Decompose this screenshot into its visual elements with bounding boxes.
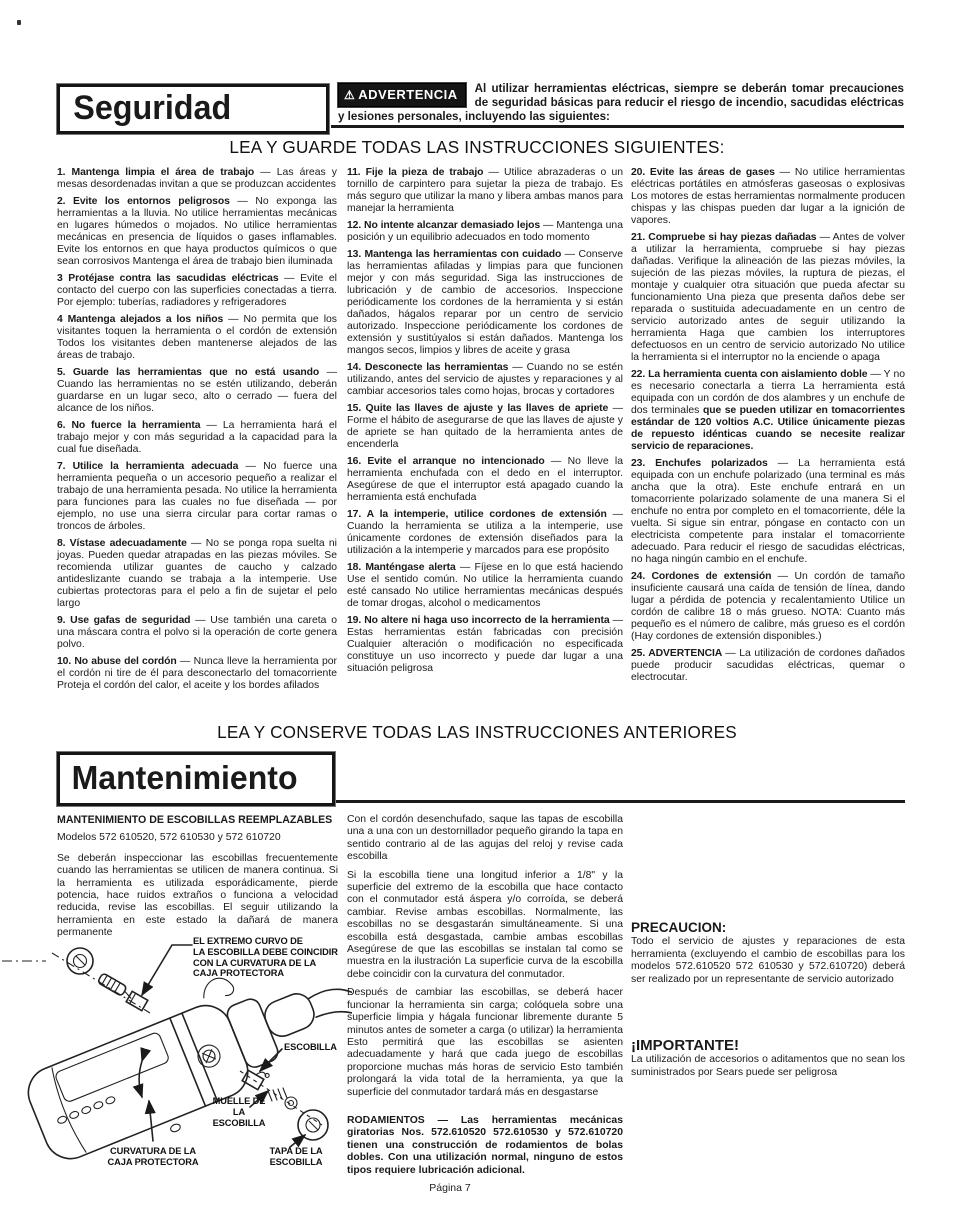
label-arrow-curved-end (142, 945, 192, 995)
instruction-item: 12. No intente alcanzar demasiado lejos … (347, 220, 623, 244)
warning-badge-label: ADVERTENCIA (358, 87, 457, 102)
instruction-item: 3 Protéjase contra las sacudidas eléctri… (57, 273, 337, 309)
mantenimiento-section-title-box: Mantenimiento (57, 752, 335, 806)
diagram-label-housing-curve: CURVATURA DE LA CAJA PROTECTORA (86, 1146, 220, 1168)
brushes-intro-paragraph: Se deberán inspeccionar las escobillas f… (57, 853, 338, 940)
label-arrow-housing-curve (149, 1101, 153, 1141)
instruction-item: 25. ADVERTENCIA — La utilización de cord… (631, 648, 905, 684)
instruction-item: 16. Evite el arranque no intencionado — … (347, 456, 623, 504)
advertencia-warning-badge: ⚠ADVERTENCIA (338, 83, 466, 107)
seguridad-section-title-box: Seguridad (57, 84, 329, 134)
instruction-item: 22. La herramienta cuenta con aislamient… (631, 369, 905, 453)
safety-instructions-column-1: 1. Mantenga limpia el área de trabajo — … (57, 167, 337, 697)
instruction-item: 19. No altere ni haga uso incorrecto de … (347, 615, 623, 675)
header-rule (331, 125, 904, 128)
instruction-item: 23. Enchufes polarizados — La herramient… (631, 458, 905, 566)
brush-parts-left (2, 945, 192, 1013)
double-arrow-housing (139, 1061, 142, 1097)
instruction-item: Después de cambiar las escobillas, se de… (347, 987, 623, 1099)
instruction-item: 1. Mantenga limpia el área de trabajo — … (57, 167, 337, 191)
instruction-item: 24. Cordones de extensión — Un cordón de… (631, 571, 905, 643)
precaucion-heading: PRECAUCION: (631, 922, 905, 934)
instruction-item: 15. Quite las llaves de ajuste y las lla… (347, 403, 623, 451)
diagram-label-cap: TAPA DE LA ESCOBILLA (240, 1146, 352, 1168)
instruction-item: 6. No fuerce la herramienta — La herrami… (57, 420, 337, 456)
instruction-item: 9. Use gafas de seguridad — Use también … (57, 615, 337, 651)
warning-triangle-icon: ⚠ (344, 88, 355, 102)
label-arrow-brush (260, 1049, 282, 1071)
instruction-item: 17. A la intemperie, utilice cordones de… (347, 509, 623, 557)
read-and-save-heading: LEA Y GUARDE TODAS LAS INSTRUCCIONES SIG… (10, 137, 945, 158)
bearings-paragraph: RODAMIENTOS — Las herramientas mecánicas… (347, 1115, 623, 1177)
maintenance-column-1: MANTENIMIENTO DE ESCOBILLAS REEMPLAZABLE… (57, 814, 338, 946)
read-and-keep-heading: LEA Y CONSERVE TODAS LAS INSTRUCCIONES A… (10, 722, 945, 743)
page-number: Página 7 (0, 1182, 900, 1194)
warning-intro: ⚠ADVERTENCIA Al utilizar herramientas el… (338, 82, 904, 125)
safety-instructions-column-3: 20. Evite las áreas de gases — No utilic… (631, 167, 905, 689)
mantenimiento-section-title: Mantenimiento (60, 755, 324, 801)
instruction-item: 21. Compruebe si hay piezas dañadas — An… (631, 232, 905, 364)
safety-instructions-column-2: 11. Fije la pieza de trabajo — Utilice a… (347, 167, 623, 680)
maintenance-column-3: PRECAUCION: Todo el servicio de ajustes … (631, 922, 905, 1085)
manual-page: Seguridad ⚠ADVERTENCIA Al utilizar herra… (0, 0, 954, 1215)
importante-heading: ¡IMPORTANTE! (631, 1040, 905, 1052)
importante-text: La utilización de accesorios o aditament… (631, 1054, 905, 1079)
scan-artifact (17, 20, 21, 25)
models-line: Modelos 572 610520, 572 610530 y 572 610… (57, 832, 338, 844)
instruction-item: 13. Mantenga las herramientas con cuidad… (347, 249, 623, 357)
instruction-item: 7. Utilice la herramienta adecuada — No … (57, 461, 337, 533)
instruction-item: 18. Manténgase alerta — Fíjese en lo que… (347, 562, 623, 610)
instruction-item: Si la escobilla tiene una longitud infer… (347, 870, 623, 982)
diagram-label-brush: ESCOBILLA (284, 1042, 337, 1053)
instruction-item: 5. Guarde las herramientas que no está u… (57, 367, 337, 415)
precaucion-text: Todo el servicio de ajustes y reparacion… (631, 936, 905, 986)
diagram-label-curved-end: EL EXTREMO CURVO DE LA ESCOBILLA DEBE CO… (193, 936, 368, 979)
instruction-item: Con el cordón desenchufado, saque las ta… (347, 814, 623, 864)
brushes-heading: MANTENIMIENTO DE ESCOBILLAS REEMPLAZABLE… (57, 814, 338, 826)
instruction-item: 2. Evite los entornos peligrosos — No ex… (57, 196, 337, 268)
instruction-item: 10. No abuse del cordón — Nunca lleve la… (57, 656, 337, 692)
brush-replacement-paragraphs: Con el cordón desenchufado, saque las ta… (347, 814, 623, 1099)
instruction-item: 14. Desconecte las herramientas — Cuando… (347, 362, 623, 398)
instruction-item: 20. Evite las áreas de gases — No utilic… (631, 167, 905, 227)
instruction-item: 4 Mantenga alejados a los niños — No per… (57, 314, 337, 362)
instruction-item: 11. Fije la pieza de trabajo — Utilice a… (347, 167, 623, 215)
maintenance-column-2: Con el cordón desenchufado, saque las ta… (347, 814, 623, 1183)
seguridad-section-title: Seguridad (60, 87, 313, 129)
diagram-label-spring: MUELLE DE LA ESCOBILLA (196, 1096, 282, 1128)
instruction-item: 8. Vístase adecuadamente — No se ponga r… (57, 538, 337, 610)
